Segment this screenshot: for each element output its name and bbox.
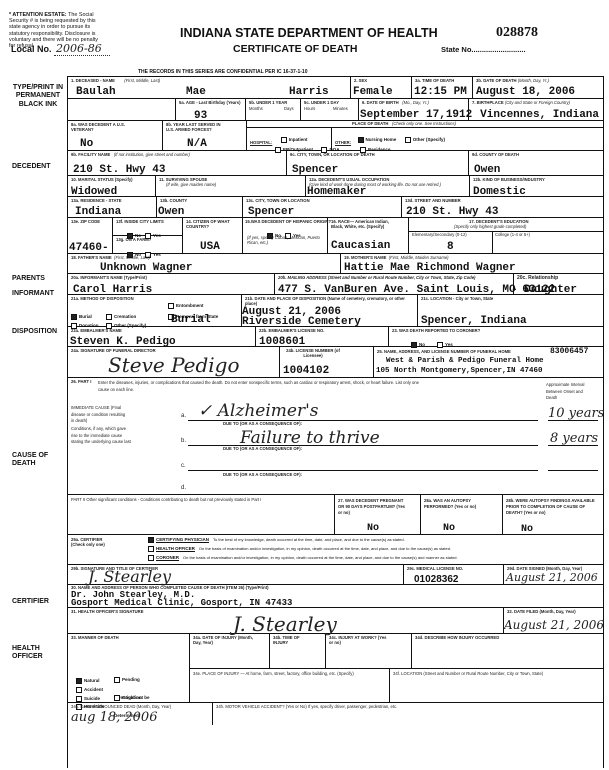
field-sex[interactable]: 2. SEX Female xyxy=(351,77,412,99)
field-autopsy[interactable]: 28a. WAS AN AUTOPSY PERFORMED? (Yes or n… xyxy=(421,495,503,535)
date-of-birth-value: September 17,1912 xyxy=(360,109,472,121)
mother-name-value: Hattie Mae Richmond Wagner xyxy=(344,262,516,274)
field-on-farm[interactable]: 13g. ON A FARM? NoYes xyxy=(113,236,183,254)
time-of-death-value: 12:15 PM xyxy=(414,86,467,98)
field-marital-status[interactable]: 10. MARITAL STATUS (Specify) Widowed xyxy=(68,176,156,197)
side-label-parents: PARENTS xyxy=(12,275,45,283)
field-label: 8a. WAS DECEDENT A U.S. VETERAN? xyxy=(71,123,141,133)
field-veteran[interactable]: 8a. WAS DECEDENT A U.S. VETERAN? No xyxy=(68,121,163,151)
field-label: (If wife, give maiden name) xyxy=(166,183,216,188)
field-label: 12b. KIND OF BUSINESS/INDUSTRY xyxy=(473,178,545,183)
medical-license-value: 01028362 xyxy=(414,574,459,585)
funeral-director-license-value: 1004102 xyxy=(283,365,329,377)
field-label: 20b. MAILING ADDRESS (Street and Number … xyxy=(278,276,475,281)
field-label: 8b. YEAR LAST SERVED IN U.S. ARMED FORCE… xyxy=(166,123,226,133)
field-informant-address[interactable]: 20b. MAILING ADDRESS (Street and Number … xyxy=(275,274,514,295)
field-label: 14. CITIZEN OF WHAT COUNTRY? xyxy=(186,220,236,230)
field-label: 25. NAME, ADDRESS, AND LICENSE NUMBER OF… xyxy=(377,350,511,355)
confidential-notice: THE RECORDS IN THIS SERIES ARE CONFIDENT… xyxy=(138,69,307,75)
field-residence-state[interactable]: 13a. RESIDENCE - STATE Indiana xyxy=(68,197,157,218)
attention-heading: * ATTENTION ESTATE: xyxy=(9,12,67,18)
field-ssn-blank xyxy=(68,99,176,121)
field-education[interactable]: 17. DECEDENT'S EDUCATION (Specify only h… xyxy=(409,218,604,254)
disposition-method-value: Burial xyxy=(171,314,211,326)
field-label: HEALTH OFFICER xyxy=(156,546,195,551)
field-under-1-year[interactable]: 5b. UNDER 1 YEAR Months Days xyxy=(246,99,301,121)
field-label: 21c. LOCATION - City or Town, State xyxy=(421,297,493,302)
residence-street-value: 210 St. Hwy 43 xyxy=(406,206,498,218)
field-label: 16. RACE— American Indian, Black, White,… xyxy=(331,220,401,230)
side-label-type-print: TYPE/PRINT IN PERMANENT BLACK INK xyxy=(10,84,66,109)
place-of-death-group: PLACE OF DEATH (Check only one. See Inst… xyxy=(247,121,604,151)
state-number: State No.......................... xyxy=(441,45,526,54)
field-label: 15.WAS DECEDENT OF HISPANIC ORIGIN? xyxy=(245,220,331,225)
field-label: 29a. CERTIFIER (Check only one) xyxy=(71,538,109,548)
field-residence-county[interactable]: 13b. COUNTY Owen xyxy=(157,197,243,218)
field-label: (Specify only highest grade completed) xyxy=(454,225,526,230)
field-label: 18. FATHER'S NAME (First, Middle, Last) xyxy=(71,256,150,261)
field-residence-street[interactable]: 13d. STREET AND NUMBER 210 St. Hwy 43 xyxy=(402,197,604,218)
field-label: 13e. ZIP CODE xyxy=(71,220,100,225)
field-label: c. xyxy=(181,463,186,470)
local-number: Local No. 2006-86 xyxy=(11,42,110,55)
field-label: Elementary/Secondary (0-12) xyxy=(412,233,467,238)
field-informant-relationship[interactable]: 20c. Relationship - Daughter xyxy=(514,274,604,295)
decedent-middle-name: Mae xyxy=(186,86,206,98)
field-injury-place[interactable]: 34e. PLACE OF INJURY — At home, farm, st… xyxy=(190,669,390,703)
field-label: 31. HEALTH OFFICER'S SIGNATURE xyxy=(71,610,144,615)
field-label: 20a. INFORMANT'S NAME (Type/Print) xyxy=(71,276,147,281)
field-label: 13f. INSIDE CITY LIMITS xyxy=(116,220,164,225)
field-label: 2. SEX xyxy=(354,79,367,84)
field-label: (If yes, specify Cuban, Mexican, Puerto … xyxy=(247,236,325,246)
field-date-of-birth[interactable]: 6. DATE OF BIRTH (Mo., Day, Yr.) Septemb… xyxy=(359,99,469,121)
local-no-label: Local No. xyxy=(11,44,52,54)
field-label: Approximate Interval Between Onset and D… xyxy=(546,382,594,402)
field-date-signed[interactable]: 29d. DATE SIGNED (Month, Day, Year) Augu… xyxy=(504,565,604,585)
pregnant-value: No xyxy=(367,523,379,534)
field-label: 34b. TIME OF INJURY xyxy=(273,636,313,646)
field-pregnant[interactable]: 27. WAS DECEDENT PREGNANT OR 90 DAYS POS… xyxy=(335,495,421,535)
field-manner-of-death[interactable]: 33. MANNER OF DEATH Natural Accident Sui… xyxy=(68,634,190,703)
certifier-signature: J. Stearley xyxy=(88,567,171,586)
health-officer-signature: J. Stearley xyxy=(233,612,337,636)
field-hispanic[interactable]: 15.WAS DECEDENT OF HISPANIC ORIGIN? NoYe… xyxy=(243,218,328,254)
field-city-limits[interactable]: 13f. INSIDE CITY LIMITS NoYes xyxy=(113,218,183,236)
field-age[interactable]: 5a. AGE - Last Birthday (Years) 93 xyxy=(176,99,246,121)
facility-value: 210 St. Hwy 43 xyxy=(73,164,165,176)
father-name-value: Unknown Wagner xyxy=(100,262,192,274)
field-coroner-reported[interactable]: 23. WAS DEATH REPORTED TO CORONER? NoYes xyxy=(389,327,604,347)
field-label: 6. DATE OF BIRTH (Mo., Day, Yr.) xyxy=(362,101,429,106)
funeral-home-name: West & Parish & Pedigo Funeral Home xyxy=(386,357,544,365)
field-label: d. xyxy=(181,485,186,492)
field-residence-city[interactable]: 13c. CITY, TOWN OR LOCATION Spencer xyxy=(243,197,402,218)
other-place-checkbox[interactable] xyxy=(405,137,411,143)
field-label: a. xyxy=(181,413,186,420)
field-under-1-day[interactable]: 5c. UNDER 1 DAY Hours Minutes xyxy=(301,99,359,121)
field-label: 13d. STREET AND NUMBER xyxy=(405,199,461,204)
field-label: b. xyxy=(181,438,186,445)
field-county-of-death[interactable]: 9d. COUNTY OF DEATH Owen xyxy=(469,151,604,176)
field-occupation[interactable]: 12a. DECEDENT'S USUAL OCCUPATION (Give k… xyxy=(306,176,470,197)
field-industry[interactable]: 12b. KIND OF BUSINESS/INDUSTRY Domestic xyxy=(470,176,604,197)
field-label: 19. MOTHER'S NAME (First, Middle, Maiden… xyxy=(344,256,449,261)
field-injury-time[interactable]: 34b. TIME OF INJURY xyxy=(270,634,326,669)
findings-value: No xyxy=(521,524,533,535)
field-label: CORONER xyxy=(156,555,179,560)
field-label: 27. WAS DECEDENT PREGNANT OR 90 DAYS POS… xyxy=(338,498,408,516)
document-subtitle: CERTIFICATE OF DEATH xyxy=(233,43,357,55)
field-label: IMMEDIATE CAUSE (Final disease or condit… xyxy=(71,405,129,425)
field-label: Hours xyxy=(304,107,315,112)
side-label-certifier: CERTIFIER xyxy=(12,598,49,606)
city-of-death-value: Spencer xyxy=(292,164,338,176)
funeral-director-signature: Steve Pedigo xyxy=(108,353,240,377)
field-injury-at-work[interactable]: 34c. INJURY AT WORK? (Yes or no) xyxy=(326,634,412,669)
field-surviving-spouse[interactable]: 11. SURVIVING SPOUSE (If wife, give maid… xyxy=(156,176,306,197)
field-decedent-name[interactable]: 1. DECEASED - NAME (First, Middle, Last)… xyxy=(68,77,351,99)
field-funeral-director-license[interactable]: 24b. LICENSE NUMBER (of Licensee) 100410… xyxy=(280,347,374,378)
field-injury-date[interactable]: 34a. DATE OF INJURY (Month, Day, Year) xyxy=(190,634,270,669)
field-zip[interactable]: 13e. ZIP CODE 47460- xyxy=(68,218,113,254)
residence-state-value: Indiana xyxy=(75,206,121,218)
side-label-informant: INFORMANT xyxy=(12,290,54,298)
field-label: CERTIFYING PHYSICIAN xyxy=(156,537,209,542)
field-motor-vehicle-accident[interactable]: 34h. MOTOR VEHICLE ACCIDENT? (Yes or No)… xyxy=(213,703,604,725)
field-embalmer-license[interactable]: 22b. EMBALMER'S LICENSE NO. 1008601 xyxy=(256,327,389,347)
field-label: Conditions, if any, which gave rise to t… xyxy=(71,426,131,446)
sex-value: Female xyxy=(353,86,393,98)
health-officer-checkbox[interactable] xyxy=(148,546,154,552)
document-title: INDIANA STATE DEPARTMENT OF HEALTH xyxy=(180,26,438,40)
veteran-value: No xyxy=(80,138,93,150)
field-label: 28b. WERE AUTOPSY FINDINGS AVAILABLE PRI… xyxy=(506,498,601,516)
field-label: HOSPITAL: xyxy=(250,140,272,145)
education-value: 8 xyxy=(447,241,454,253)
field-injury-location[interactable]: 34f. LOCATION (Street and Number or Rura… xyxy=(390,669,604,703)
field-label: 5a. AGE - Last Birthday (Years) xyxy=(179,101,241,106)
funeral-home-address: 105 North Montgomery,Spencer,IN 47460 xyxy=(376,367,543,375)
coroner-checkbox[interactable] xyxy=(148,555,154,561)
birthplace-value: Vincennes, Indiana xyxy=(480,109,599,121)
field-label: 34a. DATE OF INJURY (Month, Day, Year) xyxy=(193,636,253,646)
interval-a-value: 10 years xyxy=(548,406,604,421)
field-label: Enter the diseases, injuries, or complic… xyxy=(98,380,428,393)
field-label: 34c. INJURY AT WORK? (Yes or no) xyxy=(329,636,389,646)
cause-a-value: ✓ Alzheimer's xyxy=(198,401,318,421)
field-mother-name[interactable]: 19. MOTHER'S NAME (First, Middle, Maiden… xyxy=(341,254,604,274)
field-label: 32. DATE FILED (Month, Day, Year) xyxy=(507,610,576,615)
field-label: 28a. WAS AN AUTOPSY PERFORMED? (Yes or n… xyxy=(424,498,484,510)
field-label: 13c. CITY, TOWN OR LOCATION xyxy=(246,199,310,204)
field-label: Minutes xyxy=(333,107,348,112)
side-label-health-officer: HEALTH OFFICER xyxy=(12,645,54,662)
pending-checkbox[interactable] xyxy=(114,677,120,683)
autopsy-value: No xyxy=(443,523,455,534)
field-date-pronounced[interactable]: 34g. DATE PRONOUNCED DEAD (Month, Day, Y… xyxy=(68,703,213,725)
field-medical-license[interactable]: 29c. MEDICAL LICENSE NO. 01028362 xyxy=(404,565,504,585)
field-label: 26. PART I xyxy=(71,380,91,385)
field-year-served[interactable]: 8b. YEAR LAST SERVED IN U.S. ARMED FORCE… xyxy=(163,121,247,151)
race-value: Caucasian xyxy=(331,240,390,252)
field-certifier-type[interactable]: 29a. CERTIFIER (Check only one) CERTIFYI… xyxy=(68,535,604,565)
field-race[interactable]: 16. RACE— American Indian, Black, White,… xyxy=(328,218,409,254)
field-label: DUE TO (OR AS A CONSEQUENCE OF): xyxy=(223,422,302,427)
field-label: Months xyxy=(249,107,263,112)
decedent-last-name: Harris xyxy=(289,86,329,98)
field-label: 10. MARITAL STATUS (Specify) xyxy=(71,178,133,183)
field-label: 29c. MEDICAL LICENSE NO. xyxy=(407,567,463,572)
side-label-disposition: DISPOSITION xyxy=(12,328,57,336)
decedent-first-name: Baulah xyxy=(76,86,116,98)
field-label: 9b. FACILITY NAME (If not institution, g… xyxy=(71,153,190,158)
field-label: College (1-4 or 5+) xyxy=(495,233,530,238)
field-label: 24b. LICENSE NUMBER (of Licensee) xyxy=(283,349,343,359)
field-label: 3a. TIME OF DEATH xyxy=(415,79,454,84)
residence-city-value: Spencer xyxy=(248,206,294,218)
field-label: 9c. CITY, TOWN, OR LOCATION OF DEATH xyxy=(290,153,375,158)
field-label: Days xyxy=(284,107,294,112)
zip-value: 47460- xyxy=(69,242,109,254)
field-cause-completer[interactable]: 30. NAME AND ADDRESS OF PERSON WHO COMPL… xyxy=(68,585,604,608)
field-label: 34e. PLACE OF INJURY — At home, farm, st… xyxy=(193,672,373,677)
completer-address: Gosport Medical Clinic, Gosport, IN 4743… xyxy=(71,598,292,608)
date-of-death-value: August 18, 2006 xyxy=(476,86,575,98)
interval-b-value: 8 years xyxy=(550,431,598,446)
field-disposition-method[interactable]: 21a. METHOD OF DISPOSITION Entombment Bu… xyxy=(68,295,242,327)
field-label: DUE TO (OR AS A CONSEQUENCE OF): xyxy=(223,473,302,478)
side-label-cause-of-death: CAUSE OF DEATH xyxy=(12,452,54,469)
field-funeral-director-signature[interactable]: 24a. SIGNATURE OF FUNERAL DIRECTOR Steve… xyxy=(68,347,280,378)
field-label: 34f. LOCATION (Street and Number or Rura… xyxy=(393,672,543,677)
field-label: 13g. ON A FARM? xyxy=(116,238,151,243)
field-health-officer-signature[interactable]: 31. HEALTH OFFICER'S SIGNATURE J. Stearl… xyxy=(68,608,504,634)
field-label: 3b. DATE OF DEATH (Month, Day, Yr.) xyxy=(476,79,549,84)
certifying-physician-checkbox[interactable] xyxy=(148,537,154,543)
field-certifier-signature[interactable]: 29b. SIGNATURE AND TITLE OF CERTIFIER J.… xyxy=(68,565,404,585)
funeral-home-license: 83006457 xyxy=(550,347,588,356)
field-label: 13a. RESIDENCE - STATE xyxy=(71,199,122,204)
cause-part-1: 26. PART I Enter the diseases, injuries,… xyxy=(68,378,604,495)
field-label: 22a. EMBALMER'S NAME xyxy=(71,329,122,334)
field-label: 13b. COUNTY xyxy=(160,199,187,204)
field-embalmer-name[interactable]: 22a. EMBALMER'S NAME Steven K. Pedigo xyxy=(68,327,256,347)
field-label: 21a. METHOD OF DISPOSITION xyxy=(71,297,134,302)
date-pronounced-value: aug 18, 2006 xyxy=(71,710,157,725)
field-injury-description[interactable]: 34d. DESCRIBE HOW INJURY OCCURRED xyxy=(412,634,604,669)
field-informant-name[interactable]: 20a. INFORMANT'S NAME (Type/Print) Carol… xyxy=(68,274,275,295)
field-label: 1. DECEASED - NAME (First, Middle, Last) xyxy=(71,79,160,84)
field-disposition-location[interactable]: 21c. LOCATION - City or Town, State Spen… xyxy=(418,295,604,327)
local-no-value: 2006-86 xyxy=(54,42,110,56)
field-father-name[interactable]: 18. FATHER'S NAME (First, Middle, Last) … xyxy=(68,254,341,274)
field-label: 34h. MOTOR VEHICLE ACCIDENT? (Yes or No)… xyxy=(216,705,397,710)
field-label: 33. MANNER OF DEATH xyxy=(71,636,119,641)
undetermined-checkbox[interactable] xyxy=(114,695,120,701)
field-disposition-date-place[interactable]: 21b. DATE AND PLACE OF DISPOSITION (Name… xyxy=(242,295,418,327)
disposition-location-value: Spencer, Indiana xyxy=(421,315,527,327)
field-facility-name[interactable]: 9b. FACILITY NAME (If not institution, g… xyxy=(68,151,287,176)
field-label: 34d. DESCRIBE HOW INJURY OCCURRED xyxy=(415,636,499,641)
field-label: 23. WAS DEATH REPORTED TO CORONER? xyxy=(392,329,480,334)
date-filed-value: August 21, 2006 xyxy=(504,618,604,632)
county-of-death-value: Owen xyxy=(474,164,500,176)
field-date-filed[interactable]: 32. DATE FILED (Month, Day, Year) August… xyxy=(504,608,604,634)
field-label: 20c. Relationship xyxy=(517,276,558,282)
field-label: DUE TO (OR AS A CONSEQUENCE OF): xyxy=(223,447,302,452)
field-label: Other (Specify) xyxy=(413,137,445,142)
field-time-of-death[interactable]: 3a. TIME OF DEATH 12:15 PM xyxy=(412,77,473,99)
year-served-value: N/A xyxy=(187,138,207,150)
field-city-of-death[interactable]: 9c. CITY, TOWN, OR LOCATION OF DEATH Spe… xyxy=(287,151,469,176)
field-date-of-death[interactable]: 3b. DATE OF DEATH (Month, Day, Yr.) Augu… xyxy=(473,77,604,99)
cause-part-2[interactable]: PART II Other significant conditions - C… xyxy=(68,495,335,535)
citizen-value: USA xyxy=(200,241,220,253)
cause-b-value: Failure to thrive xyxy=(240,428,380,448)
certificate-number: 028878 xyxy=(496,25,538,41)
field-funeral-home[interactable]: 25. NAME, ADDRESS, AND LICENSE NUMBER OF… xyxy=(374,347,604,378)
field-label: 9d. COUNTY OF DEATH xyxy=(472,153,519,158)
side-label-decedent: DECEDENT xyxy=(12,163,51,171)
residence-county-value: Owen xyxy=(158,206,184,218)
field-label: 22b. EMBALMER'S LICENSE NO. xyxy=(259,329,324,334)
date-signed-value: August 21, 2006 xyxy=(506,571,598,584)
field-birthplace[interactable]: 7. BIRTHPLACE (City and State or Foreign… xyxy=(469,99,604,121)
field-label: 7. BIRTHPLACE (City and State or Foreign… xyxy=(472,101,570,106)
field-label: OTHER: xyxy=(335,140,351,145)
field-autopsy-findings[interactable]: 28b. WERE AUTOPSY FINDINGS AVAILABLE PRI… xyxy=(503,495,604,535)
field-citizen[interactable]: 14. CITIZEN OF WHAT COUNTRY? USA xyxy=(183,218,243,254)
field-label: PART II Other significant conditions - C… xyxy=(71,498,261,503)
